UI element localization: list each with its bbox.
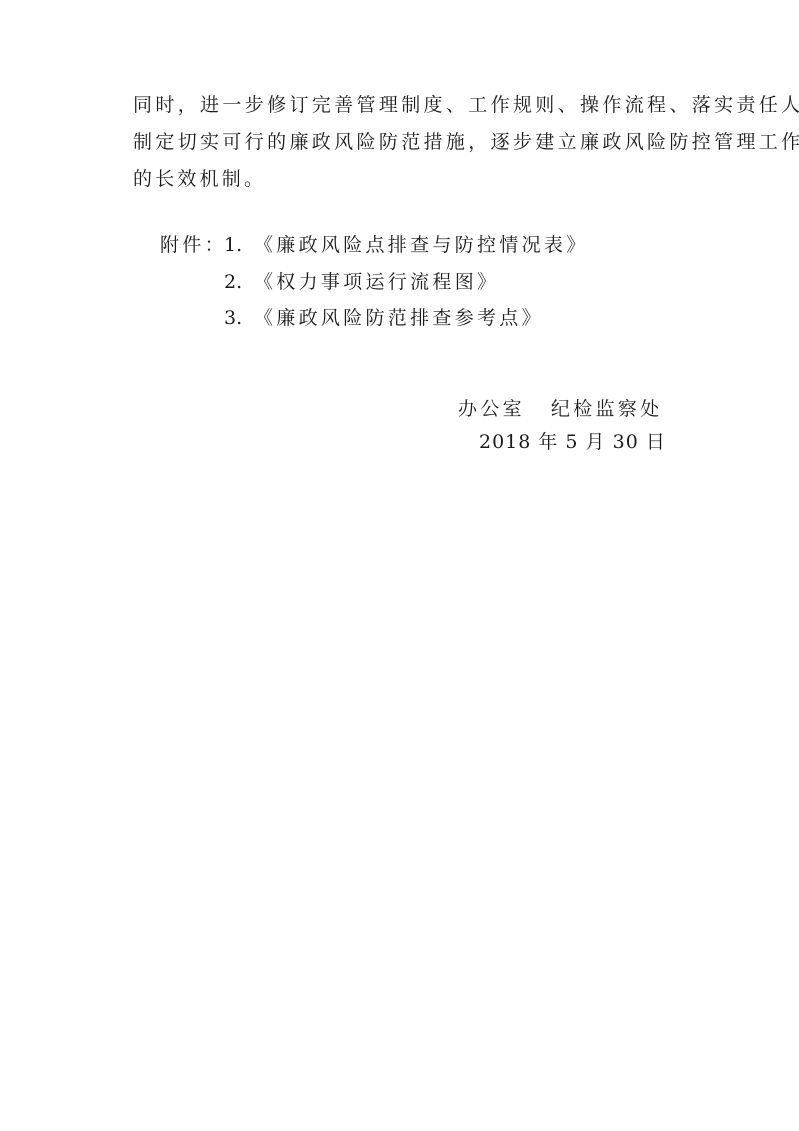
attachment-item-2: 2.《权力事项运行流程图》 — [224, 270, 499, 294]
attachment-number: 3. — [224, 306, 254, 330]
paragraph-line-1: 同时，进一步修订完善管理制度、工作规则、操作流程、落实责任人， — [133, 93, 799, 117]
signature-org-office: 办公室 — [458, 398, 525, 420]
attachments-label: 附件： — [160, 233, 227, 257]
attachment-title: 《权力事项运行流程图》 — [254, 271, 499, 293]
attachment-number: 2. — [224, 270, 254, 294]
attachment-title: 《廉政风险点排查与防控情况表》 — [254, 234, 589, 256]
paragraph-line-3: 的长效机制。 — [133, 167, 266, 191]
signature-org-discipline: 纪检监察处 — [551, 398, 663, 420]
signature-date: 2018 年 5 月 30 日 — [479, 430, 666, 454]
document-page: 同时，进一步修订完善管理制度、工作规则、操作流程、落实责任人， 制定切实可行的廉… — [0, 0, 799, 1131]
attachment-item-3: 3.《廉政风险防范排查参考点》 — [224, 306, 544, 330]
paragraph-line-2: 制定切实可行的廉政风险防范措施，逐步建立廉政风险防控管理工作 — [133, 130, 799, 154]
attachment-number: 1. — [224, 233, 254, 257]
attachment-title: 《廉政风险防范排查参考点》 — [254, 307, 544, 329]
attachment-item-1: 1.《廉政风险点排查与防控情况表》 — [224, 233, 589, 257]
signature-organizations: 办公室纪检监察处 — [458, 397, 662, 421]
